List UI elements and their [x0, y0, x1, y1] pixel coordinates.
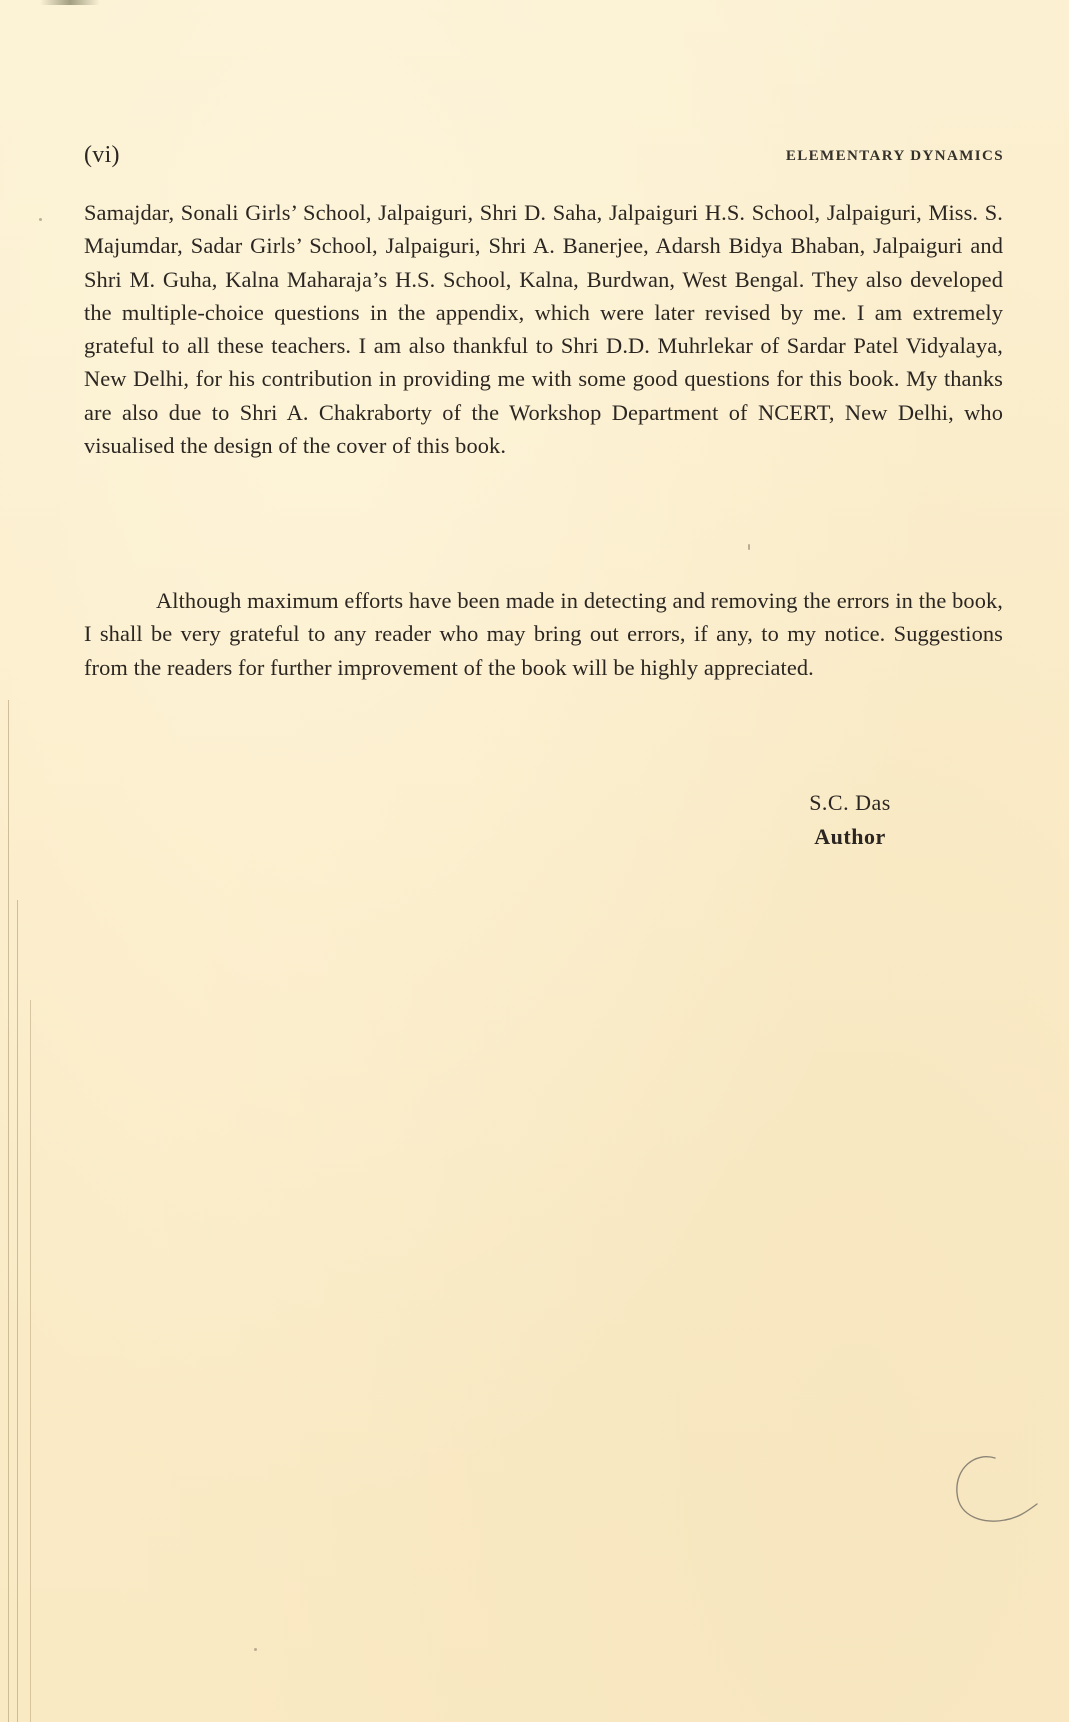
author-role: Author — [770, 820, 930, 854]
paragraph-errors-request: Although maximum efforts have been made … — [84, 584, 1003, 684]
page-number: (vi) — [84, 142, 120, 169]
signature-block: S.C. Das Author — [770, 786, 930, 854]
stray-mark — [254, 1648, 257, 1651]
book-title: ELEMENTARY DYNAMICS — [786, 148, 1004, 165]
running-head: (vi) ELEMENTARY DYNAMICS — [84, 142, 1004, 172]
page-edge-line — [8, 700, 9, 1722]
author-name: S.C. Das — [770, 786, 930, 820]
page-edge-line — [17, 900, 18, 1722]
page-edge-line — [30, 1000, 31, 1722]
scan-smudge — [40, 0, 100, 5]
stray-mark — [748, 544, 750, 550]
stray-mark — [39, 218, 42, 221]
pencil-curve-mark — [945, 1448, 1045, 1538]
paragraph-text: Although maximum efforts have been made … — [84, 584, 1003, 684]
paragraph-acknowledgements: Samajdar, Sonali Girls’ School, Jalpaigu… — [84, 196, 1003, 462]
paragraph-text: Samajdar, Sonali Girls’ School, Jalpaigu… — [84, 196, 1003, 462]
